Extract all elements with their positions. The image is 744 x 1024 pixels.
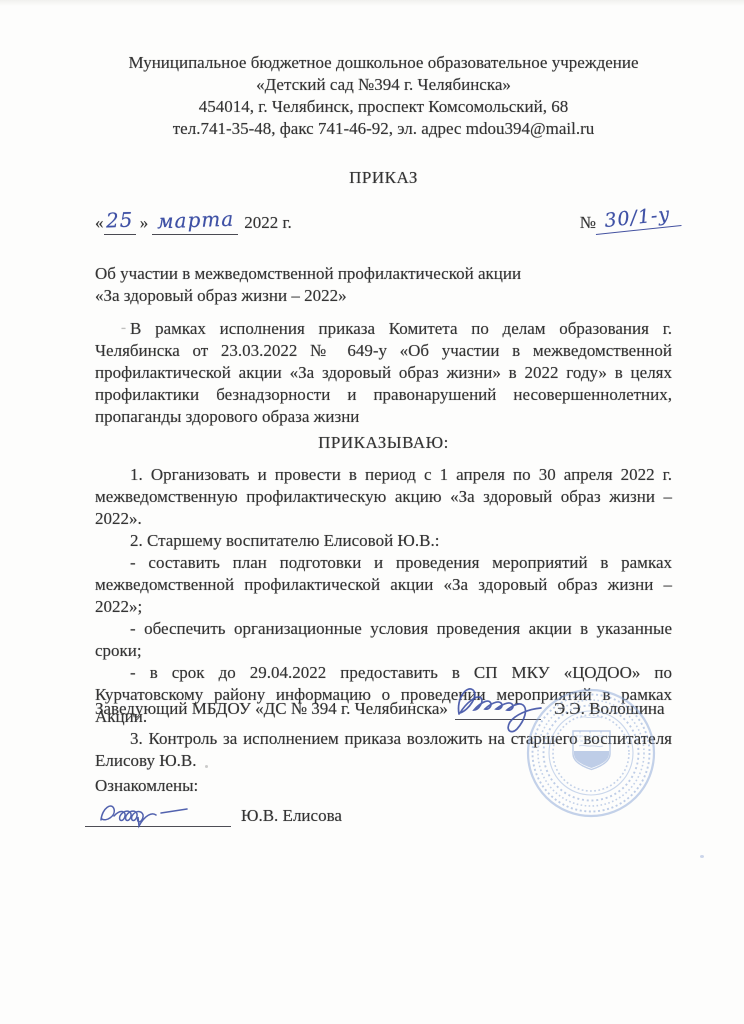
scan-artifact-dash: - bbox=[121, 317, 126, 339]
subject-line2: «За здоровый образ жизни – 2022» bbox=[95, 285, 672, 307]
order-item-3: 3. Контроль за исполнением приказа возло… bbox=[95, 728, 672, 772]
org-name-line1: Муниципальное бюджетное дошкольное образ… bbox=[95, 52, 672, 74]
acknowledged-signature-row: Ю.В. Елисова bbox=[85, 800, 342, 827]
org-header: Муниципальное бюджетное дошкольное образ… bbox=[95, 52, 672, 140]
acknowledged-signature-scribble bbox=[95, 796, 205, 830]
director-signature-row: Заведующий МБДОУ «ДС № 394 г. Челябинска… bbox=[95, 698, 695, 720]
date-month-handwritten: марта bbox=[156, 208, 234, 233]
order-subject: Об участии в межведомственной профилакти… bbox=[95, 263, 672, 307]
date-close-quote: » bbox=[140, 213, 149, 232]
date-open-quote: « bbox=[95, 213, 104, 232]
director-name: Э.Э. Волошина bbox=[554, 698, 665, 720]
directive-word: ПРИКАЗЫВАЮ: bbox=[95, 432, 672, 454]
date-month-field: марта bbox=[152, 210, 238, 235]
org-name-line2: «Детский сад №394 г. Челябинска» bbox=[95, 74, 672, 96]
acknowledged-label: Ознакомлены: bbox=[95, 776, 198, 796]
order-title: ПРИКАЗ bbox=[95, 167, 672, 189]
number-handwritten: 30/1-у bbox=[603, 203, 671, 232]
date-day-field: 25 bbox=[104, 210, 136, 235]
order-item-2: 2. Старшему воспитателю Елисовой Ю.В.: bbox=[95, 530, 672, 552]
director-position: Заведующий МБДОУ «ДС № 394 г. Челябинска… bbox=[95, 698, 448, 720]
director-signature-scribble bbox=[449, 680, 551, 736]
order-number: №30/1-у bbox=[580, 211, 682, 235]
order-date: «25 »марта2022 г. bbox=[95, 210, 292, 235]
document-body: Муниципальное бюджетное дошкольное образ… bbox=[95, 0, 672, 772]
org-address: 454014, г. Челябинск, проспект Комсомоль… bbox=[95, 96, 672, 118]
number-field: 30/1-у bbox=[593, 202, 681, 235]
scan-speck bbox=[700, 855, 704, 858]
scan-speck bbox=[205, 765, 208, 768]
date-day-handwritten: 25 bbox=[105, 209, 133, 232]
subject-line1: Об участии в межведомственной профилакти… bbox=[95, 263, 672, 285]
date-number-row: «25 »марта2022 г. №30/1-у bbox=[95, 202, 672, 235]
document-page: Муниципальное бюджетное дошкольное образ… bbox=[0, 0, 744, 1024]
preamble-paragraph: В рамках исполнения приказа Комитета по … bbox=[95, 318, 672, 428]
acknowledged-name: Ю.В. Елисова bbox=[241, 805, 342, 827]
order-item-2b: - обеспечить организационные условия про… bbox=[95, 618, 672, 662]
order-item-2a: - составить план подготовки и проведения… bbox=[95, 552, 672, 618]
order-items: 1. Организовать и провести в период с 1 … bbox=[95, 464, 672, 772]
org-contacts: тел.741-35-48, факс 741-46-92, эл. адрес… bbox=[95, 118, 672, 140]
date-year: 2022 г. bbox=[244, 213, 292, 232]
acknowledged-signature-field bbox=[85, 800, 231, 827]
director-signature-field bbox=[455, 702, 541, 720]
order-item-1: 1. Организовать и провести в период с 1 … bbox=[95, 464, 672, 530]
